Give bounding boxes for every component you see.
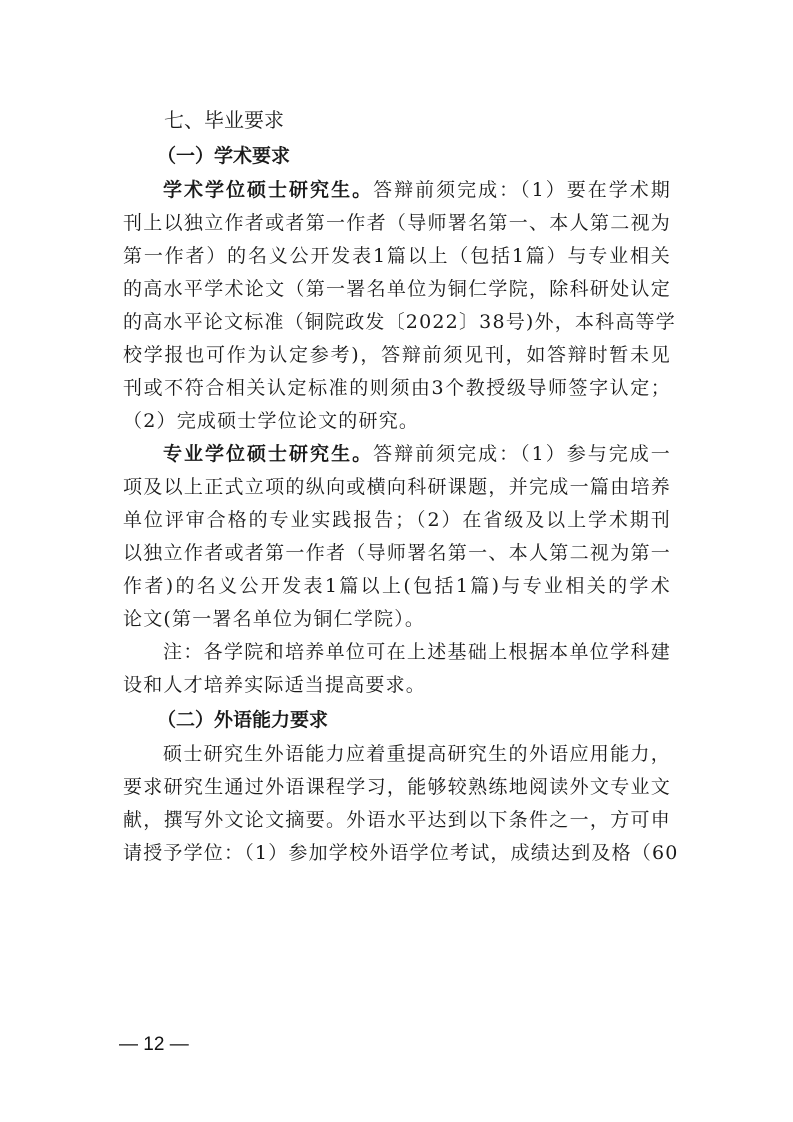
subsection-title-foreign-language: （二）外语能力要求	[123, 702, 671, 738]
document-body: 七、毕业要求 （一）学术要求 学术学位硕士研究生。答辩前须完成：（1）要在学术期…	[123, 102, 671, 870]
subsection-title-academic: （一）学术要求	[123, 138, 671, 174]
text-line: 设和人才培养实际适当提高要求。	[123, 669, 671, 702]
paragraph-foreign-language: 硕士研究生外语能力应着重提高研究生的外语应用能力， 要求研究生通过外语课程学习，…	[123, 738, 671, 870]
text-line: 作者)的名义公开发表1篇以上(包括1篇)与专业相关的学术	[123, 570, 671, 603]
text-line: 项及以上正式立项的纵向或横向科研课题，并完成一篇由培养	[123, 471, 671, 504]
text-line: 论文(第一署名单位为铜仁学院）。	[123, 603, 671, 636]
text-line: 刊上以独立作者或者第一作者（导师署名第一、本人第二视为	[123, 207, 671, 240]
text-line: 的高水平学术论文（第一署名单位为铜仁学院，除科研处认定	[123, 273, 671, 306]
text-line: 以独立作者或者第一作者（导师署名第一、本人第二视为第一	[123, 537, 671, 570]
text-line: 单位评审合格的专业实践报告；（2）在省级及以上学术期刊	[123, 504, 671, 537]
text-line: 要求研究生通过外语课程学习，能够较熟练地阅读外文专业文	[123, 771, 671, 804]
paragraph-professional-degree: 专业学位硕士研究生。答辩前须完成：（1）参与完成一 项及以上正式立项的纵向或横向…	[123, 438, 671, 636]
section-title: 七、毕业要求	[123, 102, 671, 138]
paragraph-academic-degree: 学术学位硕士研究生。答辩前须完成：（1）要在学术期 刊上以独立作者或者第一作者（…	[123, 174, 671, 438]
text-line: 献，撰写外文论文摘要。外语水平达到以下条件之一，方可申	[123, 804, 671, 837]
page-number: — 12 —	[119, 1034, 189, 1056]
paragraph-note: 注：各学院和培养单位可在上述基础上根据本单位学科建 设和人才培养实际适当提高要求…	[123, 636, 671, 702]
text-line: 硕士研究生外语能力应着重提高研究生的外语应用能力，	[123, 738, 671, 771]
text-line: 第一作者）的名义公开发表1篇以上（包括1篇）与专业相关	[123, 240, 671, 273]
text-line: 刊或不符合相关认定标准的则须由3个教授级导师签字认定；	[123, 372, 671, 405]
text-line: 的高水平论文标准（铜院政发〔2022〕38号)外，本科高等学	[123, 306, 671, 339]
text-line: 专业学位硕士研究生。答辩前须完成：（1）参与完成一	[123, 438, 671, 471]
document-page: 七、毕业要求 （一）学术要求 学术学位硕士研究生。答辩前须完成：（1）要在学术期…	[0, 0, 793, 1122]
text-line: 注：各学院和培养单位可在上述基础上根据本单位学科建	[123, 636, 671, 669]
text-line: （2）完成硕士学位论文的研究。	[123, 405, 671, 438]
text-line: 校学报也可作为认定参考)，答辩前须见刊，如答辩时暂未见	[123, 339, 671, 372]
paragraph-lead: 专业学位硕士研究生。	[163, 443, 373, 465]
text-line: 学术学位硕士研究生。答辩前须完成：（1）要在学术期	[123, 174, 671, 207]
paragraph-lead: 学术学位硕士研究生。	[163, 179, 373, 201]
text-line: 请授予学位：（1）参加学校外语学位考试，成绩达到及格（60	[123, 837, 671, 870]
